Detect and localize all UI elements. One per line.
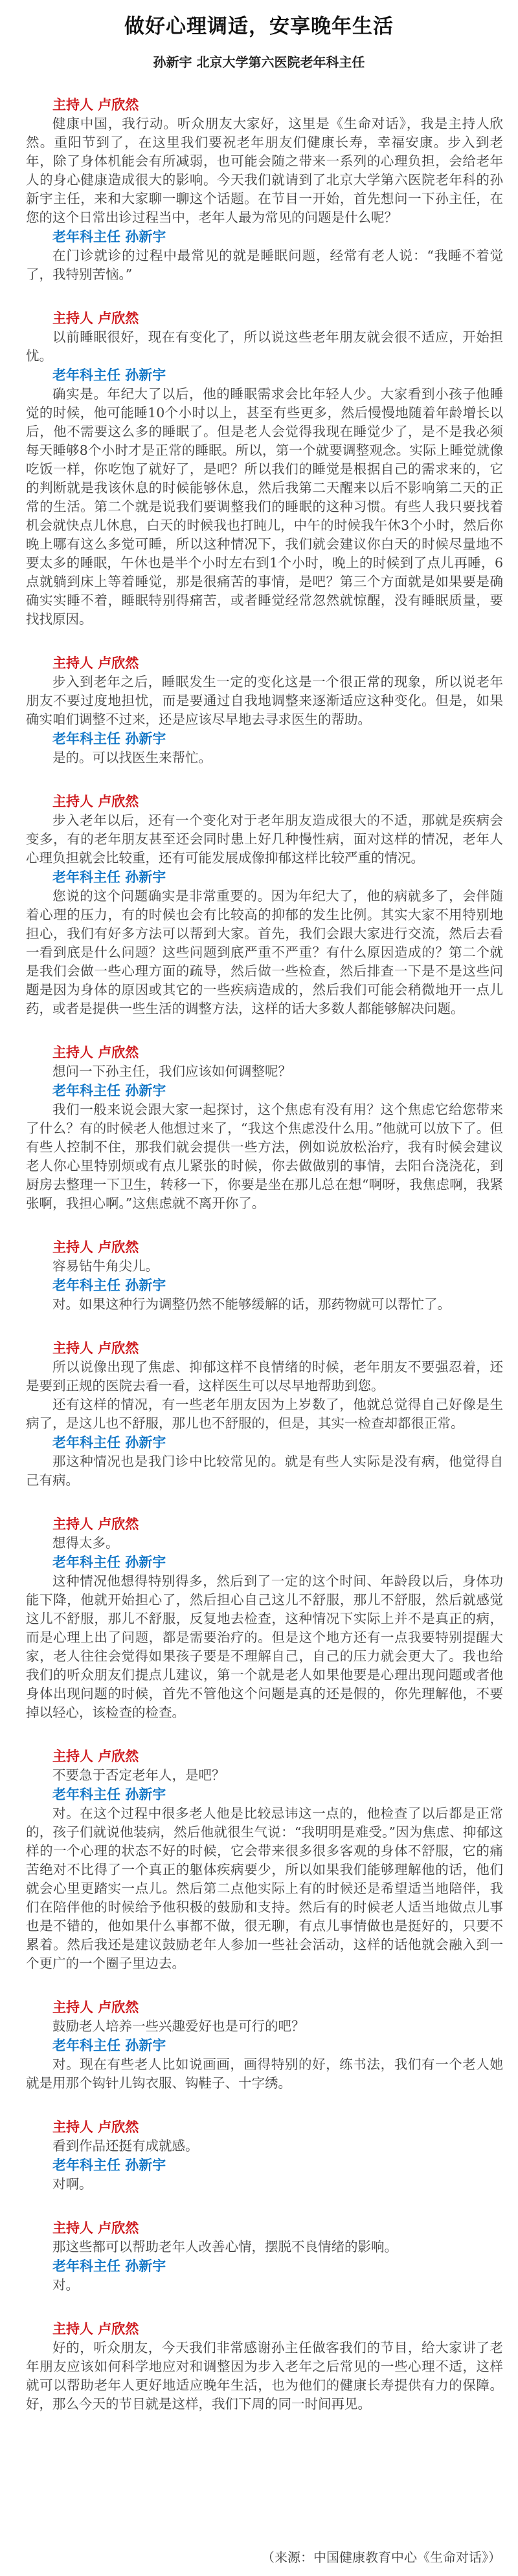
dialogue-block-host: 主持人 卢欣然看到作品还挺有成就感。 [26,2117,503,2156]
dialogue-paragraph: 这种情况他想得特别得多，然后到了一定的这个时间、年龄段以后，身体功能下降，他就开… [26,1572,503,1722]
dialogue-block-doctor: 老年科主任 孙新宇对。在这个过程中很多老人他是比较忌讳这一点的，他检查了以后都是… [26,1785,503,1973]
dialogue-paragraph: 那这种情况也是我门诊中比较常见的。就是有些人实际是没有病，他觉得自己有病。 [26,1452,503,1490]
dialogue-block-host: 主持人 卢欣然步入到老年之后，睡眠发生一定的变化这是一个很正常的现象，所以说老年… [26,653,503,729]
dialogue-block-doctor: 老年科主任 孙新宇确实是。年纪大了以后，他的睡眠需求会比年轻人少。大家看到小孩子… [26,366,503,629]
speaker-label-doctor: 老年科主任 孙新宇 [26,227,503,246]
dialogue-paragraph: 健康中国，我行动。听众朋友大家好，这里是《生命对话》，我是主持人欣然。重阳节到了… [26,115,503,227]
dialogue-paragraph: 确实是。年纪大了以后，他的睡眠需求会比年轻人少。大家看到小孩子他睡觉的时候，他可… [26,385,503,629]
speaker-label-host: 主持人 卢欣然 [26,2319,503,2339]
dialogue-block-host: 主持人 卢欣然想得太多。 [26,1514,503,1553]
transcript: 主持人 卢欣然健康中国，我行动。听众朋友大家好，这里是《生命对话》，我是主持人欣… [0,95,518,2414]
speaker-label-host: 主持人 卢欣然 [26,2218,503,2238]
dialogue-paragraph: 对。在这个过程中很多老人他是比较忌讳这一点的，他检查了以后都是正常的，孩子们就说… [26,1804,503,1973]
dialogue-paragraph: 以前睡眠很好，现在有变化了，所以说这些老年朋友就会很不适应，开始担忧。 [26,328,503,366]
speaker-label-doctor: 老年科主任 孙新宇 [26,1553,503,1572]
dialogue-block-doctor: 老年科主任 孙新宇您说的这个问题确实是非常重要的。因为年纪大了，他的病就多了，会… [26,868,503,1018]
page-title: 做好心理调适，安享晚年生活 [0,0,518,39]
dialogue-block-host: 主持人 卢欣然以前睡眠很好，现在有变化了，所以说这些老年朋友就会很不适应，开始担… [26,309,503,366]
dialogue-block-doctor: 老年科主任 孙新宇在门诊就诊的过程中最常见的就是睡眠问题，经常有老人说：“我睡不… [26,227,503,284]
dialogue-paragraph: 那这些都可以帮助老年人改善心情，摆脱不良情绪的影响。 [26,2238,503,2256]
dialogue-paragraph: 是的。可以找医生来帮忙。 [26,748,503,767]
dialogue-block-doctor: 老年科主任 孙新宇是的。可以找医生来帮忙。 [26,729,503,767]
speaker-label-doctor: 老年科主任 孙新宇 [26,1081,503,1100]
speaker-label-host: 主持人 卢欣然 [26,309,503,328]
dialogue-paragraph: 好的，听众朋友，今天我们非常感谢孙主任做客我们的节目，给大家讲了老年朋友应该如何… [26,2339,503,2414]
dialogue-block-host: 主持人 卢欣然健康中国，我行动。听众朋友大家好，这里是《生命对话》，我是主持人欣… [26,95,503,227]
dialogue-paragraph: 还有这样的情况，有一些老年朋友因为上岁数了，他就总觉得自己好像是生病了，是这儿也… [26,1395,503,1433]
dialogue-paragraph: 我们一般来说会跟大家一起探讨，这个焦虑有没有用？这个焦虑它给您带来了什么？有的时… [26,1100,503,1213]
dialogue-paragraph: 想得太多。 [26,1534,503,1553]
dialogue-paragraph: 鼓励老人培养一些兴趣爱好也是可行的吧？ [26,2017,503,2036]
speaker-label-doctor: 老年科主任 孙新宇 [26,729,503,748]
speaker-label-host: 主持人 卢欣然 [26,653,503,673]
speaker-label-host: 主持人 卢欣然 [26,1238,503,1257]
speaker-label-host: 主持人 卢欣然 [26,95,503,115]
dialogue-block-doctor: 老年科主任 孙新宇对。现在有些老人比如说画画，画得特别的好，练书法，我们有一个老… [26,2036,503,2093]
dialogue-block-host: 主持人 卢欣然想问一下孙主任，我们应该如何调整呢？ [26,1043,503,1081]
dialogue-block-host: 主持人 卢欣然不要急于否定老年人，是吧？ [26,1747,503,1785]
dialogue-paragraph: 看到作品还挺有成就感。 [26,2137,503,2156]
speaker-label-doctor: 老年科主任 孙新宇 [26,1785,503,1804]
dialogue-block-doctor: 老年科主任 孙新宇对。如果这种行为调整仍然不能够缓解的话，那药物就可以帮忙了。 [26,1276,503,1314]
speaker-label-host: 主持人 卢欣然 [26,1998,503,2017]
speaker-label-host: 主持人 卢欣然 [26,1514,503,1534]
dialogue-block-host: 主持人 卢欣然那这些都可以帮助老年人改善心情，摆脱不良情绪的影响。 [26,2218,503,2256]
dialogue-block-doctor: 老年科主任 孙新宇对啊。 [26,2156,503,2194]
speaker-label-host: 主持人 卢欣然 [26,1338,503,1358]
document-page: 做好心理调适，安享晚年生活 孙新宇 北京大学第六医院老年科主任 主持人 卢欣然健… [0,0,518,2576]
dialogue-paragraph: 对啊。 [26,2175,503,2194]
speaker-label-doctor: 老年科主任 孙新宇 [26,2036,503,2055]
page-subtitle: 孙新宇 北京大学第六医院老年科主任 [0,52,518,71]
speaker-label-host: 主持人 卢欣然 [26,1043,503,1062]
dialogue-paragraph: 所以说像出现了焦虑、抑郁这样不良情绪的时候，老年朋友不要强忍着，还是要到正规的医… [26,1358,503,1395]
dialogue-paragraph: 步入到老年之后，睡眠发生一定的变化这是一个很正常的现象，所以说老年朋友不要过度地… [26,673,503,729]
dialogue-block-host: 主持人 卢欣然好的，听众朋友，今天我们非常感谢孙主任做客我们的节目，给大家讲了老… [26,2319,503,2414]
dialogue-block-host: 主持人 卢欣然所以说像出现了焦虑、抑郁这样不良情绪的时候，老年朋友不要强忍着，还… [26,1338,503,1433]
dialogue-paragraph: 对。现在有些老人比如说画画，画得特别的好，练书法，我们有一个老人她就是用那个钩针… [26,2055,503,2093]
dialogue-paragraph: 想问一下孙主任，我们应该如何调整呢？ [26,1062,503,1081]
dialogue-paragraph: 对。 [26,2276,503,2295]
speaker-label-host: 主持人 卢欣然 [26,2117,503,2137]
dialogue-block-doctor: 老年科主任 孙新宇对。 [26,2256,503,2295]
speaker-label-doctor: 老年科主任 孙新宇 [26,1433,503,1452]
dialogue-block-doctor: 老年科主任 孙新宇那这种情况也是我门诊中比较常见的。就是有些人实际是没有病，他觉… [26,1433,503,1490]
speaker-label-doctor: 老年科主任 孙新宇 [26,2156,503,2175]
dialogue-paragraph: 步入老年以后，还有一个变化对于老年朋友造成很大的不适，那就是疾病会变多，有的老年… [26,811,503,868]
speaker-label-host: 主持人 卢欣然 [26,1747,503,1766]
dialogue-block-doctor: 老年科主任 孙新宇我们一般来说会跟大家一起探讨，这个焦虑有没有用？这个焦虑它给您… [26,1081,503,1213]
dialogue-paragraph: 对。如果这种行为调整仍然不能够缓解的话，那药物就可以帮忙了。 [26,1295,503,1314]
dialogue-block-host: 主持人 卢欣然鼓励老人培养一些兴趣爱好也是可行的吧？ [26,1998,503,2036]
speaker-label-doctor: 老年科主任 孙新宇 [26,2256,503,2276]
speaker-label-doctor: 老年科主任 孙新宇 [26,868,503,887]
dialogue-block-doctor: 老年科主任 孙新宇这种情况他想得特别得多，然后到了一定的这个时间、年龄段以后，身… [26,1553,503,1722]
dialogue-paragraph: 在门诊就诊的过程中最常见的就是睡眠问题，经常有老人说：“我睡不着觉了，我特别苦恼… [26,246,503,284]
dialogue-block-host: 主持人 卢欣然容易钻牛角尖儿。 [26,1238,503,1276]
dialogue-paragraph: 不要急于否定老年人，是吧？ [26,1766,503,1785]
speaker-label-doctor: 老年科主任 孙新宇 [26,1276,503,1295]
source-attribution: （来源：中国健康教育中心《生命对话》） [262,2547,501,2566]
dialogue-paragraph: 您说的这个问题确实是非常重要的。因为年纪大了，他的病就多了，会伴随着心理的压力，… [26,887,503,1018]
speaker-label-host: 主持人 卢欣然 [26,792,503,811]
dialogue-block-host: 主持人 卢欣然步入老年以后，还有一个变化对于老年朋友造成很大的不适，那就是疾病会… [26,792,503,868]
dialogue-paragraph: 容易钻牛角尖儿。 [26,1257,503,1276]
speaker-label-doctor: 老年科主任 孙新宇 [26,366,503,385]
